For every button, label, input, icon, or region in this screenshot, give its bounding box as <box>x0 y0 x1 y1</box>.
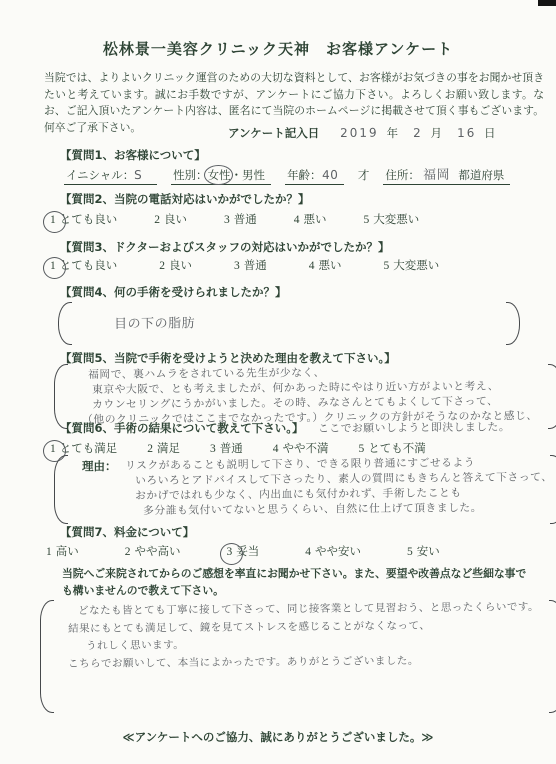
q2-option-3-number: 3 <box>224 214 230 226</box>
q6-option-1-label: とても満足 <box>60 443 118 455</box>
question1-header: 【質問1、お客様について】 <box>60 147 206 163</box>
q3-option-2: 2良い <box>159 257 192 273</box>
gender-field: 性別：女性・男性 <box>171 167 271 185</box>
q7-option-3-number: 3 <box>227 546 233 558</box>
q2-option-5-number: 5 <box>364 214 370 226</box>
q7-option-3: 3妥当 <box>227 543 260 559</box>
q2-option-4-label: 悪い <box>304 214 327 226</box>
q3-option-5: 5大変悪い <box>384 257 440 273</box>
address-label: 住所： <box>385 170 420 182</box>
scan-artifact <box>538 0 556 6</box>
question3-header: 【質問3、ドクターおよびスタッフの対応はいかがでしたか？】 <box>60 239 390 255</box>
date-month-handwritten: 2 <box>413 126 423 140</box>
q6-option-1-number: 1 <box>50 443 56 455</box>
question6-header-row: 【質問6、手術の結果について教えて下さい。】 ここでお願いしようと即決しました。 <box>60 420 510 436</box>
q7-option-2-number: 2 <box>125 546 131 558</box>
date-year-handwritten: 2019 <box>340 126 379 140</box>
bracket-left <box>40 600 54 713</box>
q2-option-1-label: とても良い <box>60 214 118 226</box>
q3-option-4-label: 悪い <box>319 260 342 272</box>
comments-instruction: 当院へご来院されてからのご感想を率直にお聞かせ下さい。また、要望や改善点など些細… <box>62 566 536 599</box>
q6-option-3-number: 3 <box>210 443 216 455</box>
q7-option-1-number: 1 <box>46 546 52 558</box>
q2-option-2: 2良い <box>154 211 187 227</box>
question6-reason-box: 理由： リスクがあることも説明して下さり、できる限り普通にすごせるよう いろいろ… <box>54 455 542 524</box>
gender-label: 性別： <box>173 170 208 182</box>
q6-option-5-label: とても不満 <box>368 443 426 455</box>
q6-option-4: 4やや不満 <box>273 440 329 456</box>
age-unit: 才 <box>358 170 370 182</box>
address-value-handwritten: 福岡 <box>423 164 450 183</box>
q3-option-5-number: 5 <box>384 260 390 272</box>
question6-options: 1とても満足 2満足 3普通 4やや不満 5とても不満 <box>50 440 426 456</box>
q6-option-3: 3普通 <box>210 440 243 456</box>
q2-option-1: 1とても良い <box>50 211 117 227</box>
comment-line: こちらでお願いして、本当によかったです。ありがとうございました。 <box>68 651 539 673</box>
date-label: アンケート記入日 <box>228 126 319 140</box>
q7-option-4-number: 4 <box>305 546 311 558</box>
q2-option-3: 3普通 <box>224 211 257 227</box>
q2-option-3-label: 普通 <box>234 214 257 226</box>
q2-option-5: 5大変悪い <box>364 211 420 227</box>
q6-option-1: 1とても満足 <box>50 440 117 456</box>
q2-option-2-number: 2 <box>154 214 160 226</box>
q7-option-4: 4やや安い <box>305 543 361 559</box>
date-day-handwritten: 16 <box>457 126 476 140</box>
q6-option-2: 2満足 <box>147 440 180 456</box>
question2-options: 1とても良い 2良い 3普通 4悪い 5大変悪い <box>50 211 419 227</box>
q2-option-4-number: 4 <box>294 214 300 226</box>
q6-option-4-label: やや不満 <box>283 443 329 455</box>
q6-option-5-number: 5 <box>359 443 365 455</box>
q3-option-4-number: 4 <box>309 260 315 272</box>
date-year-unit: 年 <box>387 128 399 140</box>
date-month-unit: 月 <box>431 128 443 140</box>
initial-label: イニシャル： <box>66 170 134 182</box>
bracket-left <box>58 302 72 345</box>
q3-option-1: 1とても良い <box>50 257 117 273</box>
q6-option-4-number: 4 <box>273 443 279 455</box>
bracket-right <box>549 600 556 713</box>
bracket-right <box>548 364 556 429</box>
q3-option-4: 4悪い <box>309 257 342 273</box>
q3-option-1-label: とても良い <box>60 260 118 272</box>
q3-option-5-label: 大変悪い <box>393 260 439 272</box>
address-suffix: 都道府県 <box>458 170 504 182</box>
question4-answer-box: 目の下の脂肪 <box>58 302 520 345</box>
initial-field: イニシャル：S <box>64 167 157 185</box>
age-label: 年齢： <box>287 170 322 182</box>
question2-header: 【質問2、当院の電話対応はいかがでしたか？】 <box>60 191 310 207</box>
q3-option-1-number: 1 <box>50 260 56 272</box>
q7-option-5: 5安い <box>407 543 440 559</box>
q6-reason-line: 多分誰も気付いてないと思うくらい、自然に仕上げて頂きました。 <box>143 499 553 518</box>
survey-date-row: アンケート記入日 2019 年 2 月 16 日 <box>228 125 508 141</box>
q7-option-5-number: 5 <box>407 546 413 558</box>
q4-answer-handwritten: 目の下の脂肪 <box>114 310 496 332</box>
q5-answer-overflow-handwritten: ここでお願いしようと即決しました。 <box>318 419 510 436</box>
age-value-handwritten: 40 <box>322 168 338 182</box>
gender-rest: ・男性 <box>231 170 266 182</box>
q7-option-4-label: やや安い <box>315 546 361 558</box>
comments-answer-box: どなたも皆とても丁寧に接して下さって、同じ接客業として見習おう、と思ったくらいで… <box>40 600 542 713</box>
q7-option-1: 1高い <box>46 543 79 559</box>
date-day-unit: 日 <box>484 128 496 140</box>
q3-option-2-number: 2 <box>159 260 165 272</box>
question6-header: 【質問6、手術の結果について教えて下さい。】 <box>60 420 304 436</box>
q2-option-5-label: 大変悪い <box>373 214 419 226</box>
question7-options: 1高い 2やや高い 3妥当 4やや安い 5安い <box>46 543 440 559</box>
q6-option-5: 5とても不満 <box>359 440 426 456</box>
question7-header: 【質問7、料金について】 <box>60 524 194 540</box>
q2-option-4: 4悪い <box>294 211 327 227</box>
survey-scan-page: 松林景一美容クリニック天神 お客様アンケート 当院では、よりよいクリニック運営の… <box>0 0 556 764</box>
bracket-left <box>54 455 68 524</box>
q7-option-2-label: やや高い <box>135 546 181 558</box>
page-title: 松林景一美容クリニック天神 お客様アンケート <box>0 38 556 59</box>
bracket-right <box>506 302 520 345</box>
q6-option-2-number: 2 <box>147 443 153 455</box>
q3-option-3-label: 普通 <box>244 260 267 272</box>
reason-label: 理由： <box>82 458 117 522</box>
question3-options: 1とても良い 2良い 3普通 4悪い 5大変悪い <box>50 257 439 273</box>
q2-option-1-number: 1 <box>50 214 56 226</box>
q2-option-2-label: 良い <box>164 214 187 226</box>
q6-option-2-label: 満足 <box>157 443 180 455</box>
q7-option-5-label: 安い <box>417 546 440 558</box>
initial-value-handwritten: S <box>134 168 142 182</box>
footer-thanks: ≪アンケートへのご協力、誠にありがとうございました。≫ <box>0 729 556 745</box>
address-field: 住所： 福岡 都道府県 <box>383 164 510 185</box>
question1-fields-row: イニシャル：S 性別：女性・男性年齢：40才住所： 福岡 都道府県 <box>64 164 524 185</box>
age-field: 年齢：40 <box>285 167 344 185</box>
q7-option-2: 2やや高い <box>125 543 181 559</box>
q3-option-3: 3普通 <box>234 257 267 273</box>
q3-option-3-number: 3 <box>234 260 240 272</box>
q3-option-2-label: 良い <box>169 260 192 272</box>
gender-selected-circled: 女性 <box>208 167 231 183</box>
q7-option-1-label: 高い <box>56 546 79 558</box>
question4-header: 【質問4、何の手術を受けられましたか？】 <box>60 284 287 300</box>
q6-option-3-label: 普通 <box>220 443 243 455</box>
